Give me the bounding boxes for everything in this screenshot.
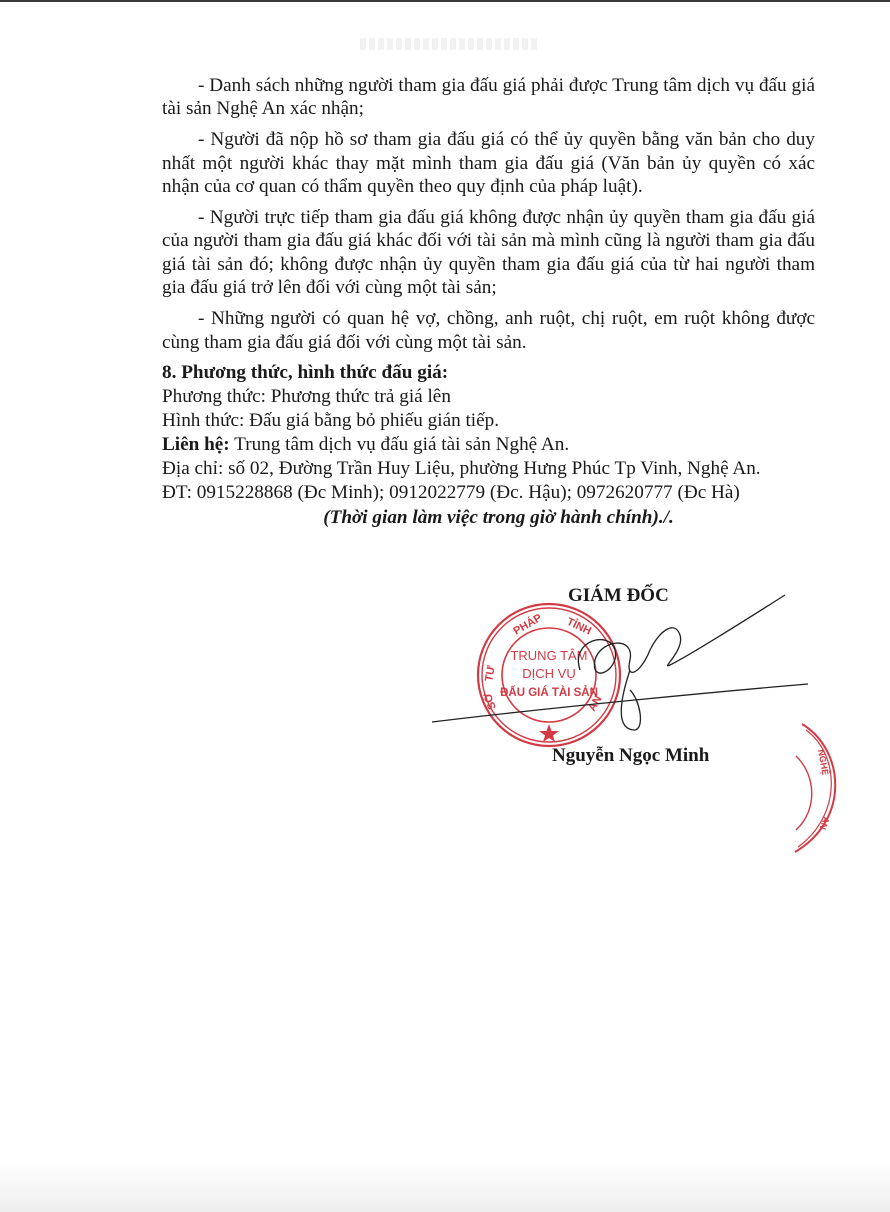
auction-form: Hình thức: Đấu giá bằng bỏ phiếu gián ti… bbox=[162, 409, 815, 432]
auction-method: Phương thức: Phương thức trả giá lên bbox=[162, 385, 815, 408]
working-hours-note: (Thời gian làm việc trong giờ hành chính… bbox=[162, 506, 815, 529]
contact-label: Liên hệ: bbox=[162, 434, 230, 455]
paragraph-direct-participant: - Người trực tiếp tham gia đấu giá không… bbox=[162, 206, 815, 300]
auction-form-label: Hình thức: bbox=[162, 410, 244, 431]
contact-value: Trung tâm dịch vụ đấu giá tài sản Nghệ A… bbox=[230, 434, 569, 455]
paragraph-participant-list: - Danh sách những người tham gia đấu giá… bbox=[162, 74, 815, 121]
phone-numbers: ĐT: 0915228868 (Đc Minh); 0912022779 (Đc… bbox=[162, 481, 815, 504]
contact: Liên hệ: Trung tâm dịch vụ đấu giá tài s… bbox=[162, 433, 815, 456]
auction-form-value: Đấu giá bằng bỏ phiếu gián tiếp. bbox=[244, 410, 499, 431]
page-bottom-shadow bbox=[0, 1160, 890, 1212]
partial-stamp: NGHỆ AN bbox=[790, 720, 850, 860]
partial-stamp-text-nghe: NGHỆ bbox=[816, 748, 831, 776]
paragraph-relatives: - Những người có quan hệ vợ, chồng, anh … bbox=[162, 307, 815, 354]
top-border bbox=[0, 0, 890, 2]
faint-header-bleedthrough bbox=[360, 38, 540, 50]
address: Địa chỉ: số 02, Đường Trần Huy Liệu, phư… bbox=[162, 457, 815, 480]
handwritten-signature bbox=[430, 590, 820, 740]
signer-name: Nguyễn Ngọc Minh bbox=[552, 745, 709, 767]
section-heading: 8. Phương thức, hình thức đấu giá: bbox=[162, 361, 815, 384]
paragraph-authorization: - Người đã nộp hồ sơ tham gia đấu giá có… bbox=[162, 128, 815, 198]
document-body: - Danh sách những người tham gia đấu giá… bbox=[162, 74, 815, 530]
partial-stamp-text-an: AN bbox=[818, 815, 832, 831]
